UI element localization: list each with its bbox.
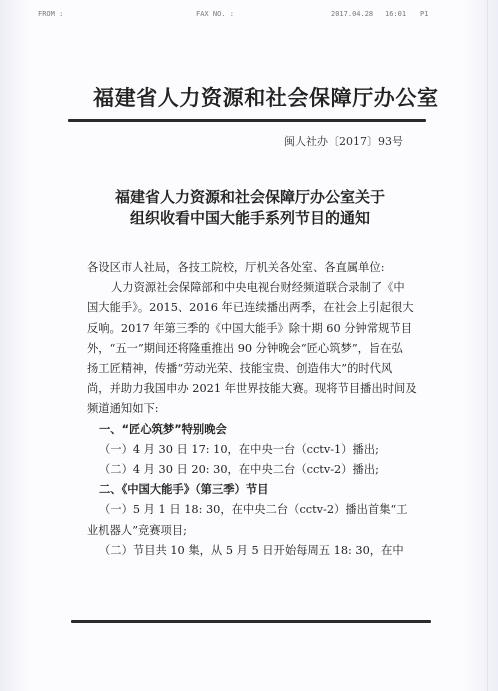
- paragraph-line: 尚，并助力我国申办 2021 年世界技能大赛。现将节目播出时间及: [87, 379, 437, 399]
- paragraph-line: 反响。2017 年第三季的《中国大能手》除十期 60 分钟常规节目: [87, 319, 437, 339]
- section-2-item: （二）节目共 10 集，从 5 月 5 日开始每周五 18: 30，在中: [87, 541, 437, 561]
- document-body: 各设区市人社局，各技工院校，厅机关各处室、各直属单位: 人力资源社会保障部和中央…: [87, 258, 437, 561]
- fax-page-number: P1: [420, 10, 428, 18]
- page-edge: [487, 0, 488, 691]
- fax-number-label: FAX NO. :: [196, 10, 234, 18]
- fax-page: FROM : FAX NO. : 2017.04.28 16:01 P1 福建省…: [0, 0, 498, 691]
- paragraph-line: 扬工匠精神，传播“劳动光荣、技能宝贵、创造伟大”的时代风: [87, 359, 437, 379]
- section-1-item: （一）4 月 30 日 17: 10，在中央一台（cctv-1）播出;: [87, 440, 437, 460]
- section-2-item-continued: 业机器人”竞赛项目;: [87, 521, 437, 541]
- paragraph-line: 人力资源社会保障部和中央电视台财经频道联合录制了《中: [87, 278, 437, 298]
- document-number: 闽人社办〔2017〕93号: [284, 133, 403, 149]
- fax-time: 16:01: [385, 10, 406, 18]
- paragraph-line: 外，“五一”期间还将隆重推出 90 分钟晚会“匠心筑梦”，旨在弘: [87, 339, 437, 359]
- paragraph-line: 频道通知如下:: [87, 399, 437, 419]
- section-2-item: （一）5 月 1 日 18: 30，在中央二台（cctv-2）播出首集“工: [87, 500, 437, 520]
- section-1-item: （二）4 月 30 日 20: 30，在中央二台（cctv-2）播出;: [87, 460, 437, 480]
- section-heading-2: 二、《中国大能手》（第三季）节目: [87, 480, 437, 500]
- fax-date: 2017.04.28: [331, 10, 373, 18]
- footer-divider: [71, 620, 431, 623]
- fax-header: FROM : FAX NO. : 2017.04.28 16:01 P1: [0, 10, 498, 22]
- title-line-1: 福建省人力资源和社会保障厅办公室关于: [60, 187, 440, 208]
- fax-from-label: FROM :: [38, 10, 63, 18]
- letterhead-divider: [68, 119, 426, 122]
- paragraph-line: 国大能手》。2015、2016 年已连续播出两季，在社会上引起很大: [87, 298, 437, 318]
- letterhead-organization: 福建省人力资源和社会保障厅办公室: [93, 82, 423, 112]
- title-line-2: 组织收看中国大能手系列节目的通知: [60, 208, 440, 229]
- document-title: 福建省人力资源和社会保障厅办公室关于 组织收看中国大能手系列节目的通知: [60, 187, 440, 229]
- addressee: 各设区市人社局，各技工院校，厅机关各处室、各直属单位:: [87, 258, 437, 278]
- section-heading-1: 一、“匠心筑梦”特别晚会: [87, 420, 437, 440]
